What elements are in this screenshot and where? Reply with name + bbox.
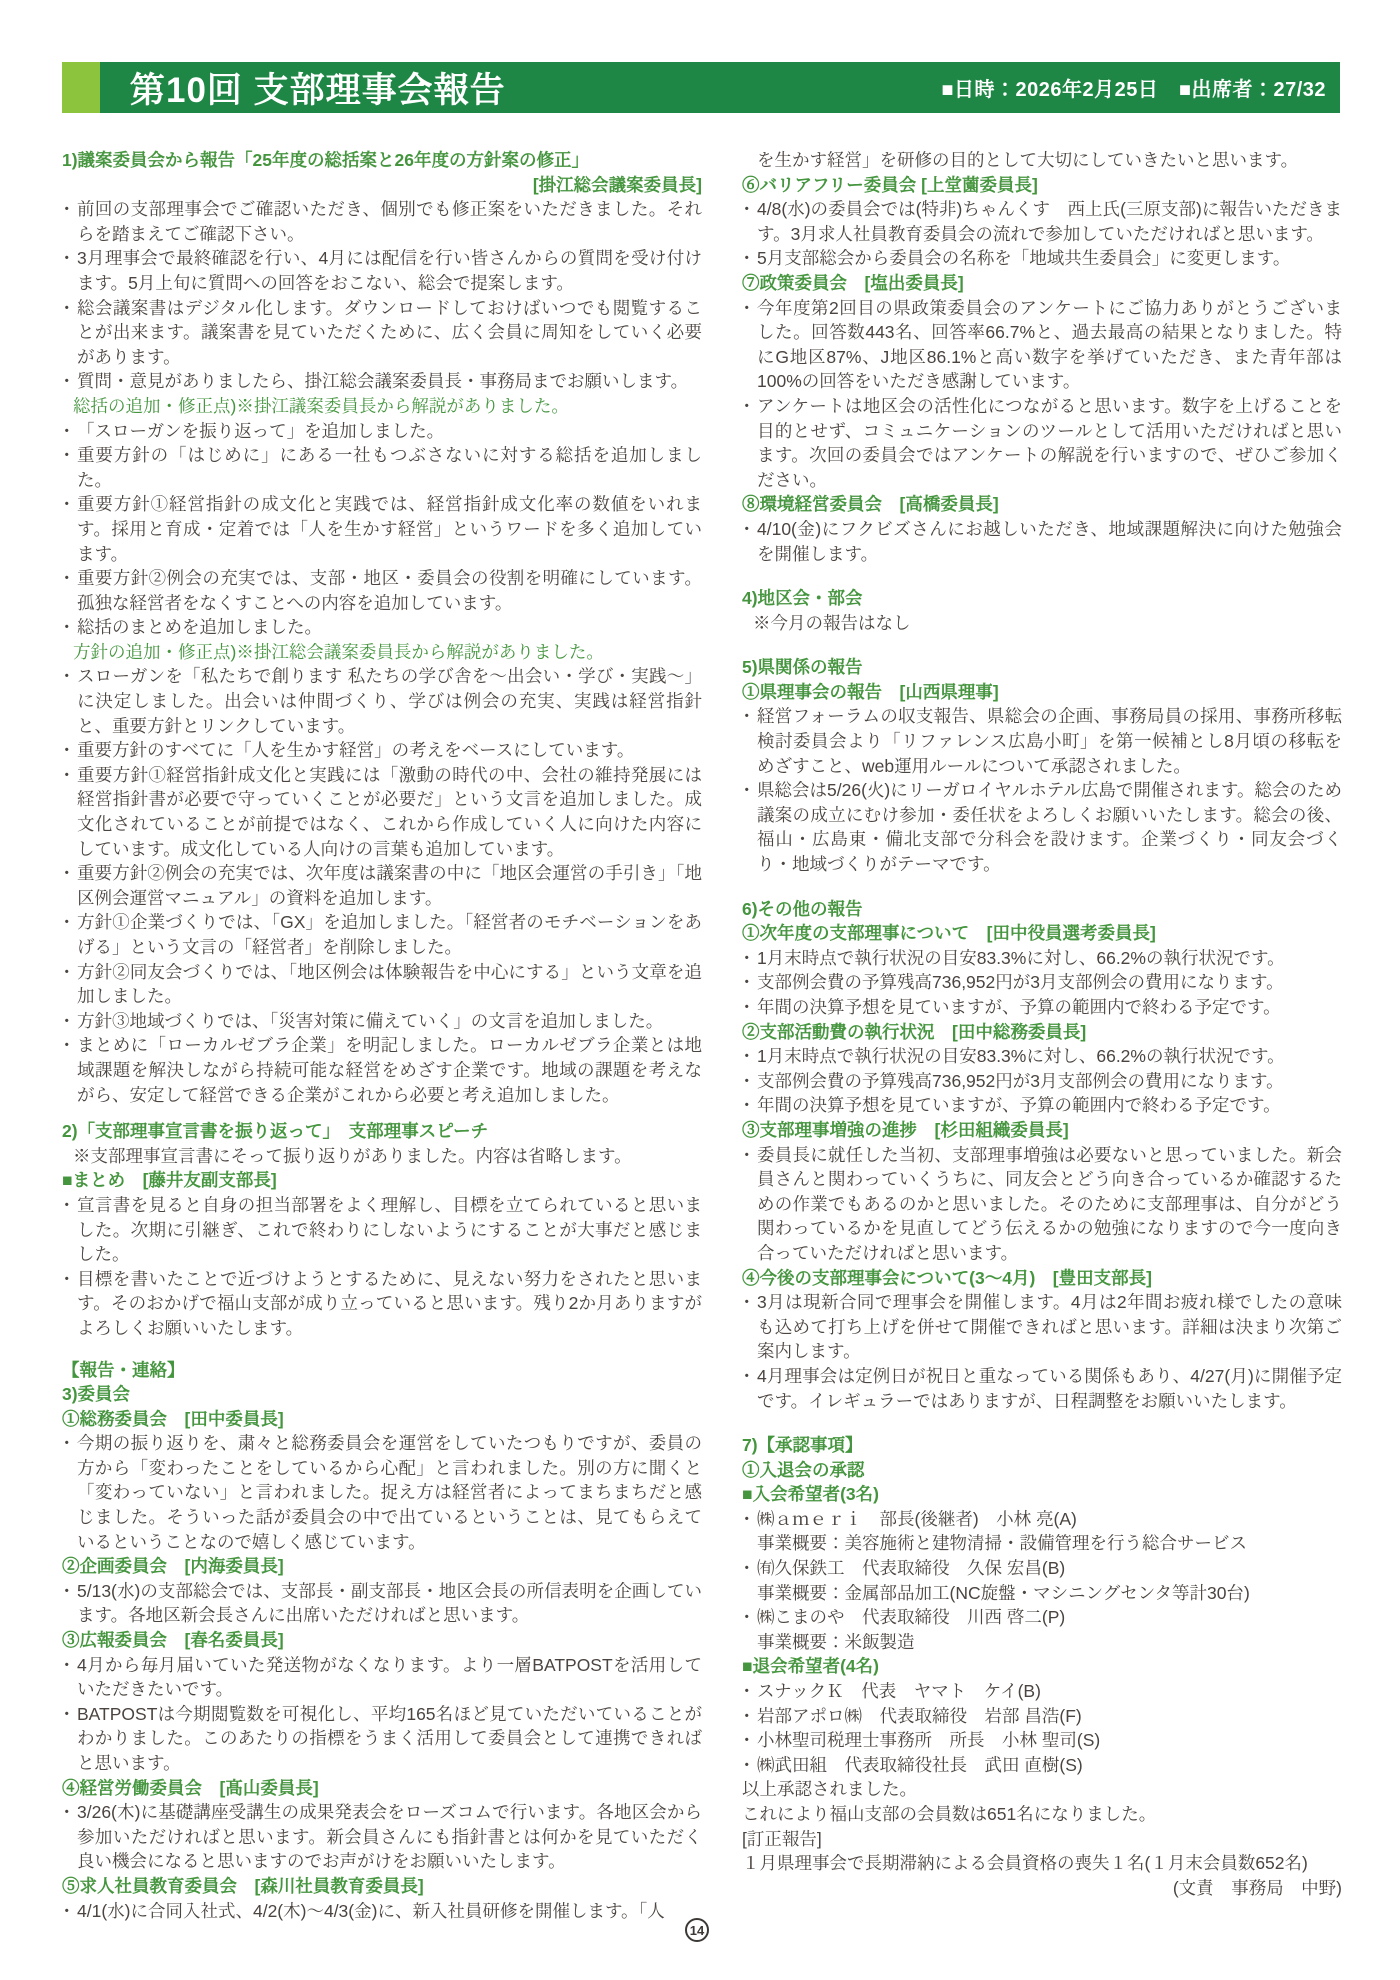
spacer	[742, 635, 1342, 655]
bullet-item: 1月末時点で執行状況の目安83.3%に対し、66.2%の執行状況です。	[742, 946, 1342, 971]
page-number-value: 14	[690, 1923, 704, 1938]
section-heading: 【報告・連絡】	[62, 1358, 702, 1383]
bullet-item: 今期の振り返りを、粛々と総務委員会を運営をしていたつもりですが、委員の方から「変…	[62, 1431, 702, 1554]
bullet-item: 年間の決算予想を見ていますが、予算の範囲内で終わる予定です。	[742, 995, 1342, 1020]
spacer	[62, 1107, 702, 1119]
text-line: 以上承認されました。	[742, 1777, 1342, 1802]
bullet-item: スローガンを「私たちで創ります 私たちの学び舎を〜出会い・学び・実践〜」に決定し…	[62, 664, 702, 738]
bullet-item: 総括のまとめを追加しました。	[62, 615, 702, 640]
header-banner: 第10回 支部理事会報告 ■日時：2026年2月25日 ■出席者：27/32	[62, 62, 1340, 113]
section-heading: ⑦政策委員会 [塩出委員長]	[742, 271, 1342, 296]
text-line: これにより福山支部の会員数は651名になりました。	[742, 1802, 1342, 1827]
bullet-item: 「スローガンを振り返って」を追加しました。	[62, 419, 702, 444]
section-heading: ⑥バリアフリー委員会 [上堂薗委員長]	[742, 173, 1342, 198]
section-heading: ①県理事会の報告 [山西県理事]	[742, 680, 1342, 705]
bullet-item: 岩部アポロ㈱ 代表取締役 岩部 昌浩(F)	[742, 1704, 1342, 1729]
section-heading: ⑤求人社員教育委員会 [森川社員教育委員長]	[62, 1874, 702, 1899]
section-heading: ①次年度の支部理事について [田中役員選考委員長]	[742, 921, 1342, 946]
page: { "header": { "title": "第10回 支部理事会報告", "…	[0, 0, 1400, 1980]
spacer	[742, 1413, 1342, 1433]
bullet-item: 重要方針の「はじめに」にある一社もつぶさないに対する総括を追加しました。	[62, 443, 702, 492]
bullet-item: 3月は現新合同で理事会を開催します。4月は2年間お疲れ様でしたの意味も込めて打ち…	[742, 1290, 1342, 1364]
bullet-item: BATPOSTは今期閲覧数を可視化し、平均165名ほど見ていただいていることがわ…	[62, 1702, 702, 1776]
bullet-item: 3月理事会で最終確認を行い、4月には配信を行い皆さんからの質問を受け付けます。5…	[62, 246, 702, 295]
bullet-item: 重要方針のすべてに「人を生かす経営」の考えをベースにしています。	[62, 738, 702, 763]
banner-accent-square	[62, 62, 100, 113]
bullet-item: 5/13(水)の支部総会では、支部長・副支部長・地区会長の所信表明を企画していま…	[62, 1579, 702, 1628]
spacer	[742, 566, 1342, 586]
left-column: 1)議案委員会から報告「25年度の総括案と26年度の方針案の修正」[掛江総会議案…	[62, 148, 702, 1923]
green-note: 総括の追加・修正点)※掛江議案委員長から解説がありました。	[62, 394, 702, 419]
meeting-meta: ■日時：2026年2月25日 ■出席者：27/32	[941, 73, 1326, 102]
bullet-item: 4月理事会は定例日が祝日と重なっている関係もあり、4/27(月)に開催予定です。…	[742, 1364, 1342, 1413]
spacer	[742, 877, 1342, 897]
bullet-item: ㈲久保鉄工 代表取締役 久保 宏昌(B)	[742, 1556, 1342, 1581]
bullet-item: 重要方針①経営指針成文化と実践には「激動の時代の中、会社の維持発展には経営指針書…	[62, 763, 702, 861]
bullet-item: 重要方針①経営指針の成文化と実践では、経営指針成文化率の数値をいれます。採用と育…	[62, 492, 702, 566]
section-heading: 7)【承認事項】	[742, 1433, 1342, 1458]
bullet-item: アンケートは地区会の活性化につながると思います。数字を上げることを目的とせず、コ…	[742, 394, 1342, 492]
section-heading: ■入会希望者(3名)	[742, 1482, 1342, 1507]
note-line: ※今月の報告はなし	[742, 611, 1342, 636]
bullet-item: まとめに「ローカルゼブラ企業」を明記しました。ローカルゼブラ企業とは地域課題を解…	[62, 1033, 702, 1107]
bullet-item: 重要方針②例会の充実では、支部・地区・委員会の役割を明確にしています。孤独な経営…	[62, 566, 702, 615]
bullet-item: ㈱武田組 代表取締役社長 武田 直樹(S)	[742, 1753, 1342, 1778]
bullet-item: 経営フォーラムの収支報告、県総会の企画、事務局員の採用、事務所移転検討委員会より…	[742, 704, 1342, 778]
section-heading: 1)議案委員会から報告「25年度の総括案と26年度の方針案の修正」	[62, 148, 702, 173]
bullet-item: 4月から毎月届いていた発送物がなくなります。より一層BATPOSTを活用していた…	[62, 1653, 702, 1702]
section-heading: ③広報委員会 [春名委員長]	[62, 1628, 702, 1653]
indented-line: 事業概要：米飯製造	[742, 1630, 1342, 1655]
bullet-item: 4/1(水)に合同入社式、4/2(木)〜4/3(金)に、新入社員研修を開催します…	[62, 1899, 702, 1924]
bullet-item: 県総会は5/26(火)にリーガロイヤルホテル広島で開催されます。総会のため議案の…	[742, 778, 1342, 876]
bullet-item: 支部例会費の予算残高736,952円が3月支部例会の費用になります。	[742, 1069, 1342, 1094]
section-heading: ②支部活動費の執行状況 [田中総務委員長]	[742, 1020, 1342, 1045]
bullet-item: 1月末時点で執行状況の目安83.3%に対し、66.2%の執行状況です。	[742, 1044, 1342, 1069]
right-column: を生かす経営」を研修の目的として大切にしていきたいと思います。⑥バリアフリー委員…	[742, 148, 1342, 1900]
bullet-item: 4/10(金)にフクビズさんにお越しいただき、地域課題解決に向けた勉強会を開催し…	[742, 517, 1342, 566]
section-heading: 3)委員会	[62, 1382, 702, 1407]
report-title: 第10回 支部理事会報告	[130, 63, 506, 113]
section-heading: ③支部理事増強の進捗 [杉田組織委員長]	[742, 1118, 1342, 1143]
bullet-item: ㈱ａｍｅｒｉ 部長(後継者) 小林 亮(A)	[742, 1507, 1342, 1532]
bullet-item: 方針③地域づくりでは、「災害対策に備えていく」の文言を追加しました。	[62, 1009, 702, 1034]
section-heading: ①入退会の承認	[742, 1458, 1342, 1483]
continuation-line: を生かす経営」を研修の目的として大切にしていきたいと思います。	[742, 148, 1342, 173]
bullet-item: 宣言書を見ると自身の担当部署をよく理解し、目標を立てられていると思いました。次期…	[62, 1193, 702, 1267]
text-line-right: (文責 事務局 中野)	[742, 1876, 1342, 1901]
bullet-item: 4/8(水)の委員会では(特非)ちゃんくす 西上氏(三原支部)に報告いただきます…	[742, 197, 1342, 246]
bullet-item: 総会議案書はデジタル化します。ダウンロードしておけばいつでも閲覧することが出来ま…	[62, 296, 702, 370]
bullet-item: 今年度第2回目の県政策委員会のアンケートにご協力ありがとうございました。回答数4…	[742, 296, 1342, 394]
section-heading: ④今後の支部理事会について(3〜4月) [豊田支部長]	[742, 1266, 1342, 1291]
text-line: １月県理事会で長期滞納による会員資格の喪失１名(１月末会員数652名)	[742, 1851, 1342, 1876]
bullet-item: スナックＫ 代表 ヤマト ケイ(B)	[742, 1679, 1342, 1704]
section-heading: ■退会希望者(4名)	[742, 1654, 1342, 1679]
section-heading: ④経営労働委員会 [髙山委員長]	[62, 1776, 702, 1801]
bullet-item: 質問・意見がありましたら、掛江総会議案委員長・事務局までお願いします。	[62, 369, 702, 394]
bullet-item: 目標を書いたことで近づけようとするために、見えない努力をされたと思います。そのお…	[62, 1267, 702, 1341]
section-heading: 2)「支部理事宣言書を振り返って」 支部理事スピーチ	[62, 1119, 702, 1144]
spacer	[62, 1341, 702, 1358]
section-heading: ①総務委員会 [田中委員長]	[62, 1407, 702, 1432]
section-heading: ■まとめ [藤井友副支部長]	[62, 1168, 702, 1193]
bullet-item: 委員長に就任した当初、支部理事増強は必要ないと思っていました。新会員さんと関わっ…	[742, 1143, 1342, 1266]
section-heading: 5)県関係の報告	[742, 655, 1342, 680]
section-heading: 4)地区会・部会	[742, 586, 1342, 611]
bullet-item: ㈱こまのや 代表取締役 川西 啓二(P)	[742, 1605, 1342, 1630]
section-heading: ②企画委員会 [内海委員長]	[62, 1554, 702, 1579]
page-number: 14	[685, 1918, 709, 1942]
bullet-item: 5月支部総会から委員会の名称を「地域共生委員会」に変更します。	[742, 246, 1342, 271]
text-line: [訂正報告]	[742, 1827, 1342, 1852]
bullet-item: 方針①企業づくりでは、「GX」を追加しました。「経営者のモチベーションをあげる」…	[62, 910, 702, 959]
bullet-item: 重要方針②例会の充実では、次年度は議案書の中に「地区会運営の手引き」「地区例会運…	[62, 861, 702, 910]
green-note: 方針の追加・修正点)※掛江総会議案委員長から解説がありました。	[62, 640, 702, 665]
bullet-item: 小林聖司税理士事務所 所長 小林 聖司(S)	[742, 1728, 1342, 1753]
bullet-item: 前回の支部理事会でご確認いただき、個別でも修正案をいただきました。それらを踏まえ…	[62, 197, 702, 246]
bullet-item: 方針②同友会づくりでは、「地区例会は体験報告を中心にする」という文章を追加しまし…	[62, 960, 702, 1009]
section-heading: ⑧環境経営委員会 [高橋委員長]	[742, 492, 1342, 517]
note-line: ※支部理事宣言書にそって振り返りがありました。内容は省略します。	[62, 1144, 702, 1169]
bullet-item: 支部例会費の予算残高736,952円が3月支部例会の費用になります。	[742, 970, 1342, 995]
bullet-item: 年間の決算予想を見ていますが、予算の範囲内で終わる予定です。	[742, 1093, 1342, 1118]
indented-line: 事業概要：金属部品加工(NC旋盤・マシニングセンタ等計30台)	[742, 1581, 1342, 1606]
section-heading: 6)その他の報告	[742, 897, 1342, 922]
banner-bar: 第10回 支部理事会報告 ■日時：2026年2月25日 ■出席者：27/32	[100, 62, 1340, 113]
indented-line: 事業概要：美容施術と建物清掃・設備管理を行う総合サービス	[742, 1531, 1342, 1556]
heading-attribution: [掛江総会議案委員長]	[62, 173, 702, 198]
bullet-item: 3/26(木)に基礎講座受講生の成果発表会をローズコムで行います。各地区会から参…	[62, 1800, 702, 1874]
